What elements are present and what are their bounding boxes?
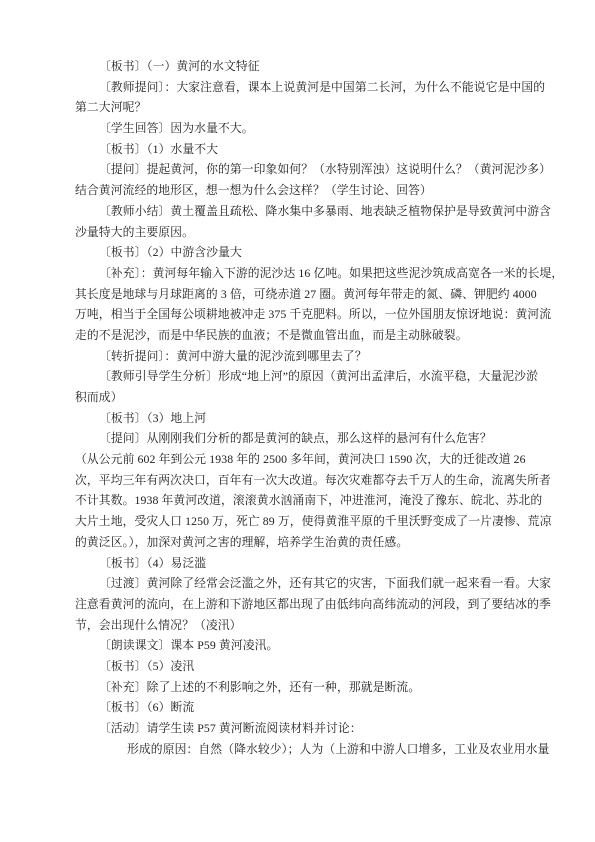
document-page: 〔板书〕（一）黄河的水文特征〔教师提问〕：大家注意看，课本上说黄河是中国第二长河… [0, 0, 595, 842]
text-line: 沙量特大的主要原因。 [75, 222, 547, 243]
text-line: 次，平均三年有两次决口，百年有一次大改道。每次灾难都夺去千万人的生命，流离失所者 [75, 470, 547, 491]
text-line: 〔补充〕除了上述的不利影响之外，还有一种，那就是断流。 [75, 677, 547, 698]
document-body: 〔板书〕（一）黄河的水文特征〔教师提问〕：大家注意看，课本上说黄河是中国第二长河… [75, 56, 547, 759]
text-line: 的黄泛区。），加深对黄河之害的理解，培养学生治黄的责任感。 [75, 532, 547, 553]
text-line: 大片土地，受灾人口 1250 万，死亡 89 万，使得黄淮平原的千里沃野变成了一… [75, 511, 547, 532]
text-line: 〔教师引导学生分析〕形成“地上河”的原因（黄河出孟津后，水流平稳，大量泥沙淤 [75, 366, 547, 387]
text-line: 〔板书〕（6）断流 [75, 697, 547, 718]
text-line: 第二大河呢？ [75, 97, 547, 118]
text-line: 形成的原因：自然（降水较少）；人为（上游和中游人口增多，工业及农业用水量 [75, 739, 547, 760]
text-line: 〔活动〕请学生读 P57 黄河断流阅读材料并讨论： [75, 718, 547, 739]
text-line: 〔教师提问〕：大家注意看，课本上说黄河是中国第二长河，为什么不能说它是中国的 [75, 77, 547, 98]
text-line: 〔提问〕提起黄河，你的第一印象如何？（水特别浑浊）这说明什么？（黄河泥沙多） [75, 159, 547, 180]
text-line: 结合黄河流经的地形区，想一想为什么会这样？（学生讨论、回答） [75, 180, 547, 201]
text-line: 不计其数。1938 年黄河改道，滚滚黄水汹涌南下，冲进淮河，淹没了豫东、皖北、苏… [75, 490, 547, 511]
text-line: 〔板书〕（2）中游含沙量大 [75, 242, 547, 263]
text-line: 万吨，相当于全国每公顷耕地被冲走 375 千克肥料。所以，一位外国朋友惊讶地说：… [75, 304, 547, 325]
text-line: 〔过渡〕黄河除了经常会泛滥之外，还有其它的灾害，下面我们就一起来看一看。大家 [75, 573, 547, 594]
text-line: （从公元前 602 年到公元 1938 年的 2500 多年间，黄河决口 159… [75, 449, 547, 470]
text-line: 〔补充〕：黄河每年输入下游的泥沙达 16 亿吨。如果把这些泥沙筑成高宽各一米的长… [75, 263, 547, 284]
text-line: 注意看黄河的流向，在上游和下游地区都出现了由低纬向高纬流动的河段，到了要结冰的季 [75, 594, 547, 615]
text-line: 〔教师小结〕黄土覆盖且疏松、降水集中多暴雨、地表缺乏植物保护是导致黄河中游含 [75, 201, 547, 222]
text-line: 其长度是地球与月球距离的 3 倍，可绕赤道 27 圈。黄河每年带走的氮、磷、钾肥… [75, 284, 547, 305]
text-line: 〔提问〕从刚刚我们分析的都是黄河的缺点，那么这样的悬河有什么危害？ [75, 428, 547, 449]
text-line: 积而成） [75, 387, 547, 408]
text-line: 〔板书〕（3）地上河 [75, 408, 547, 429]
text-line: 节，会出现什么情况？（凌汛） [75, 615, 547, 636]
text-line: 〔朗读课文〕课本 P59 黄河凌汛。 [75, 635, 547, 656]
text-line: 〔板书〕（4）易泛滥 [75, 553, 547, 574]
text-line: 〔板书〕（5）凌汛 [75, 656, 547, 677]
text-line: 走的不是泥沙，而是中华民族的血液；不是微血管出血，而是主动脉破裂。 [75, 325, 547, 346]
text-line: 〔板书〕（1）水量不大 [75, 139, 547, 160]
text-line: 〔转折提问〕：黄河中游大量的泥沙流到哪里去了？ [75, 346, 547, 367]
text-line: 〔板书〕（一）黄河的水文特征 [75, 56, 547, 77]
text-line: 〔学生回答〕因为水量不大。 [75, 118, 547, 139]
